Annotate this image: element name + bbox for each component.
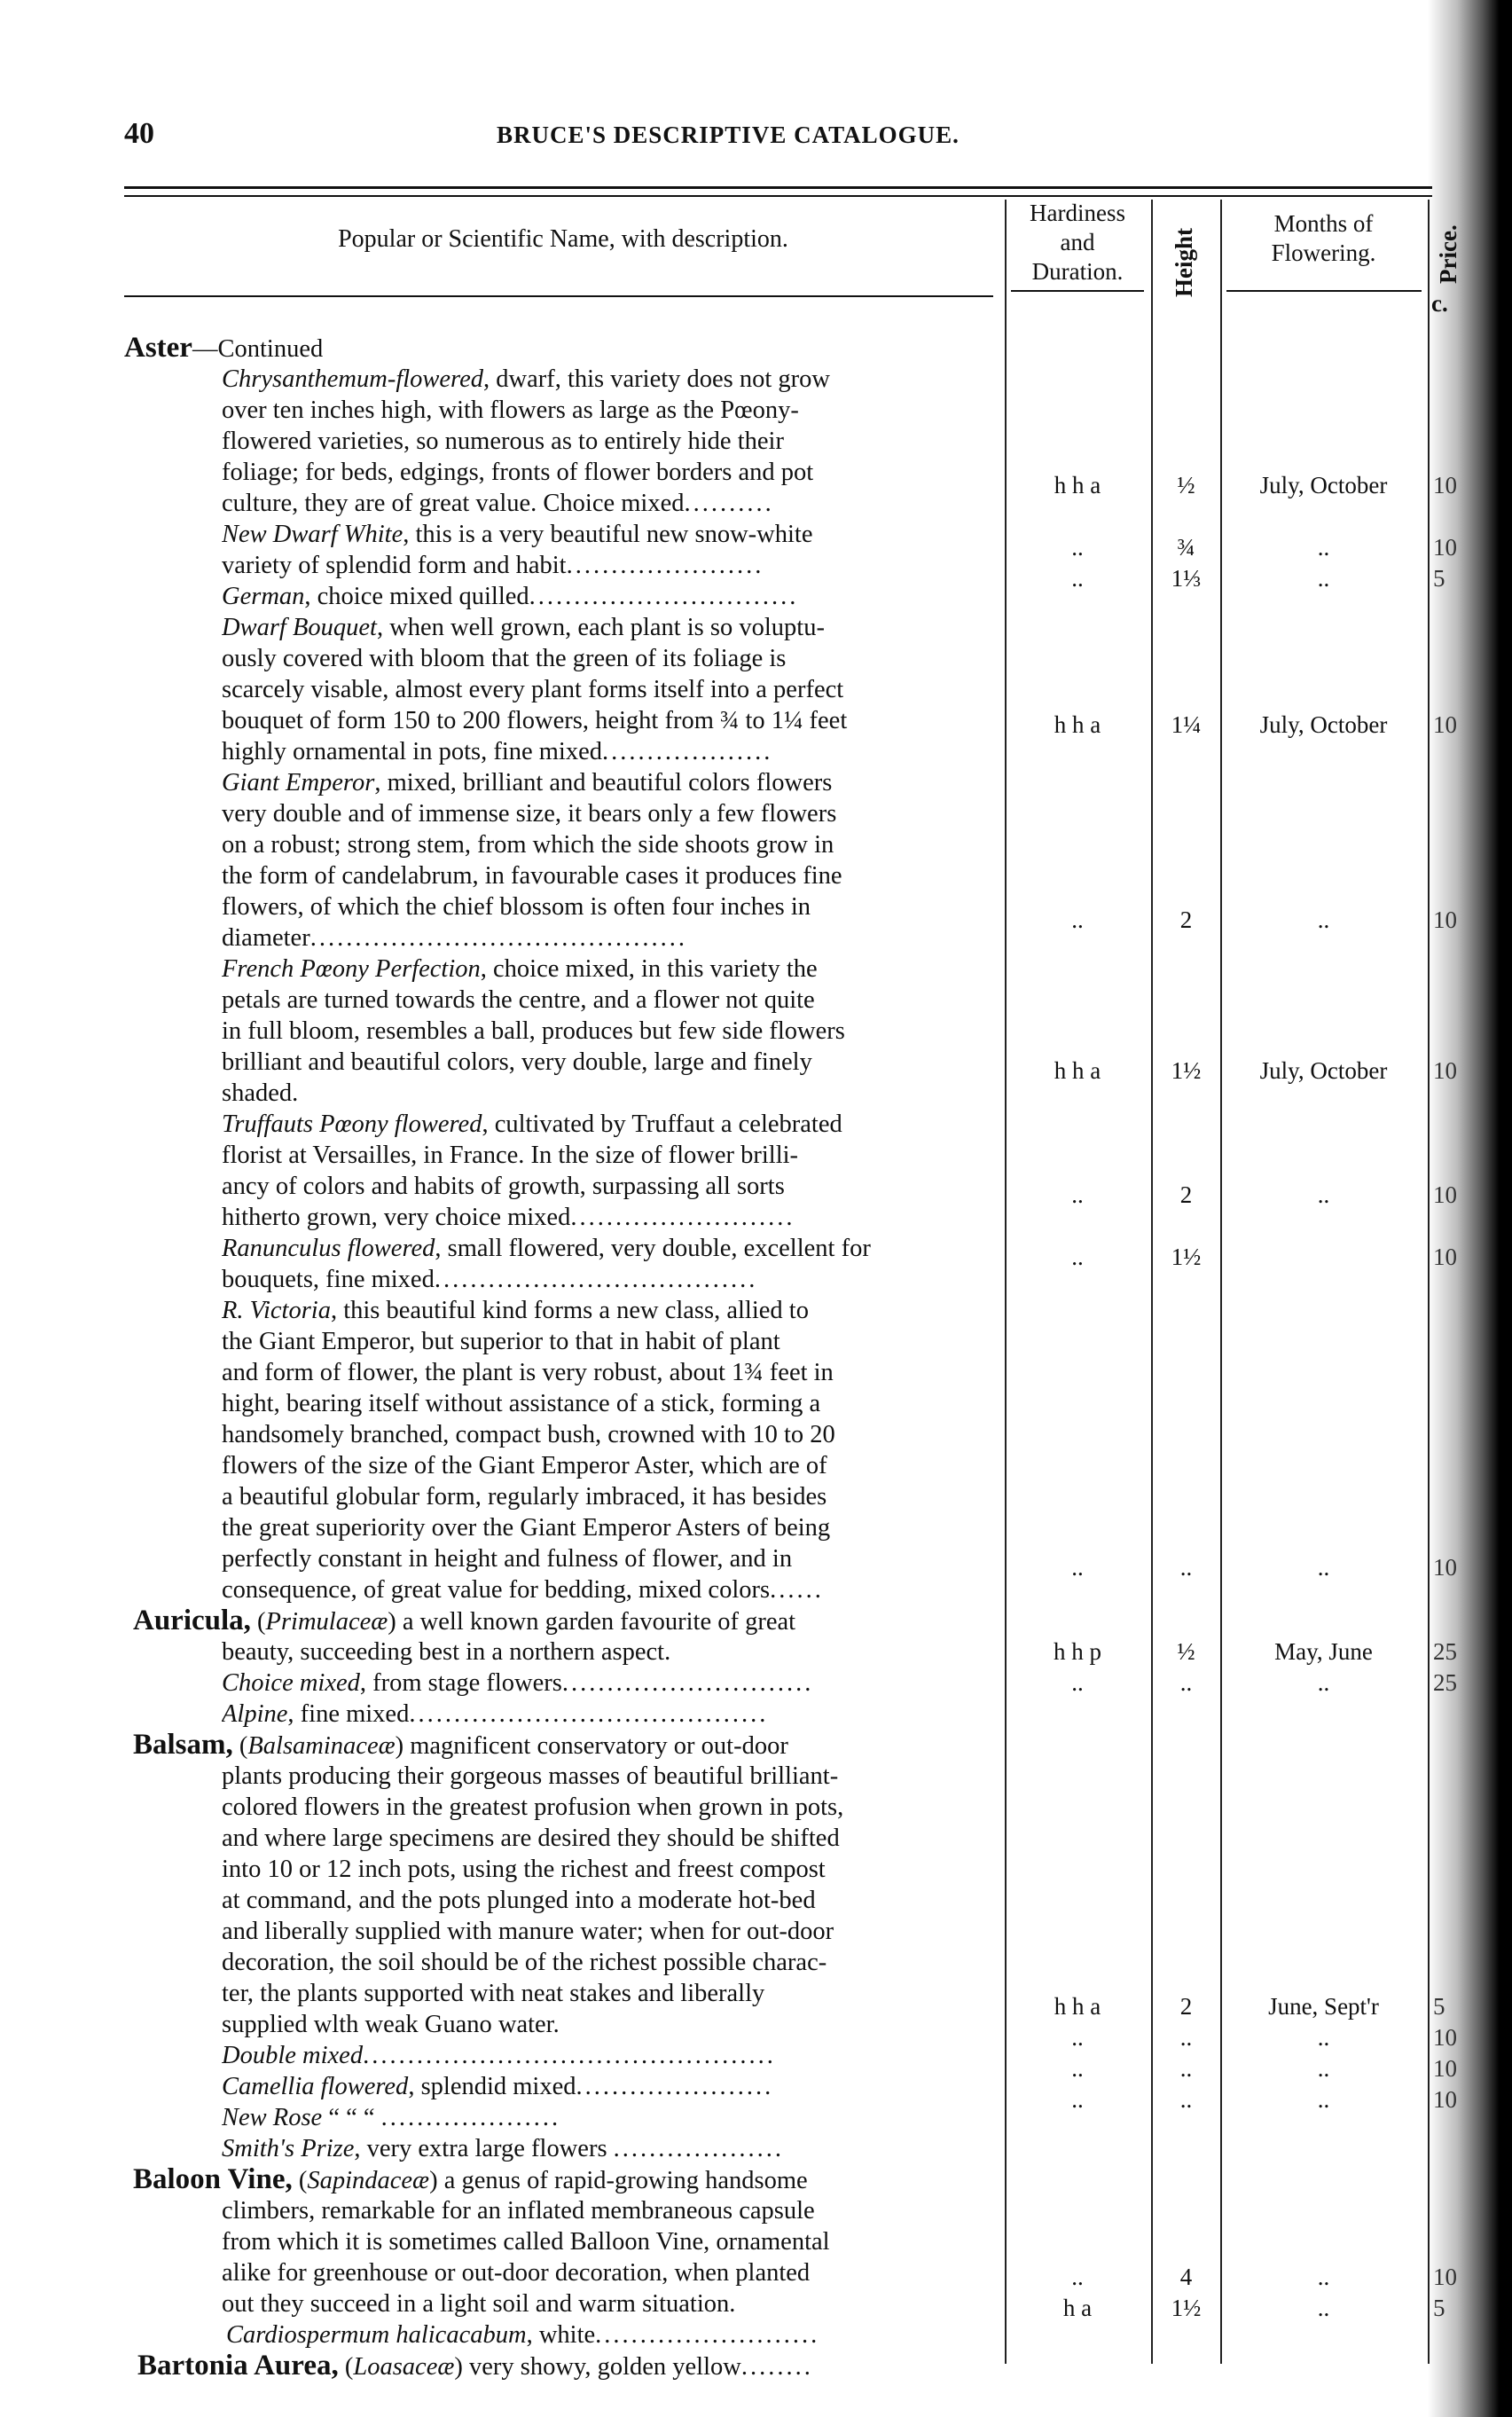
months-cell: .. [1224, 905, 1423, 936]
description-text: florist at Versailles, in France. In the… [222, 1142, 798, 1169]
variety-name: Double mixed [222, 2042, 363, 2069]
header-price-unit: c. [1431, 289, 1458, 318]
description-text: ( [339, 2353, 354, 2381]
header-price-column: Price. [1435, 224, 1462, 284]
description-text: flowers of the size of the Giant Emperor… [222, 1452, 827, 1479]
description-text: on a robust; strong stem, from which the… [222, 831, 834, 859]
column-divider-4 [1428, 200, 1430, 2364]
top-rule-thin [124, 195, 1432, 197]
genus-name: Auricula, [133, 1605, 251, 1636]
description-text: highly ornamental in pots, fine mixed [222, 738, 602, 765]
height-cell: .. [1153, 2053, 1219, 2084]
height-cell: ½ [1153, 1636, 1219, 1668]
description-text: , white [527, 2321, 596, 2349]
variety-name: Truffauts Pœony flowered [222, 1110, 482, 1138]
price-cell: 25 [1433, 1636, 1457, 1668]
variety-name: Sapindaceæ [307, 2167, 429, 2194]
leader-dots: ...... [770, 1576, 824, 1604]
description-text: , when well grown, each plant is so volu… [377, 614, 825, 641]
text-line: Double mixed............................… [222, 2040, 1000, 2071]
hardiness-cell: .. [1011, 532, 1144, 563]
text-line: Giant Emperor, mixed, brilliant and beau… [222, 767, 1000, 798]
variety-name: Loasaceæ [353, 2353, 454, 2381]
hardiness-cell: .. [1011, 2053, 1144, 2084]
text-line: very double and of immense size, it bear… [222, 798, 1000, 829]
leader-dots: ................... [602, 738, 772, 765]
height-cell: 4 [1153, 2262, 1219, 2293]
description-text: culture, they are of great value. Choice… [222, 490, 685, 517]
description-text: diameter [222, 924, 310, 952]
description-text: at command, and the pots plunged into a … [222, 1887, 816, 1914]
description-text: , choice mixed, in this variety the [481, 955, 818, 983]
description-text: and where large specimens are desired th… [222, 1825, 840, 1852]
leader-dots: ........ [741, 2353, 813, 2381]
description-text: handsomely branched, compact bush, crown… [222, 1421, 835, 1448]
description-text: brilliant and beautiful colors, very dou… [222, 1048, 812, 1076]
description-text: foliage; for beds, edgings, fronts of fl… [222, 459, 813, 486]
text-line: foliage; for beds, edgings, fronts of fl… [222, 457, 1000, 488]
text-line: New Dwarf White, this is a very beautifu… [222, 519, 1000, 550]
price-cell: 10 [1433, 1055, 1457, 1087]
description-text: and form of flower, the plant is very ro… [222, 1359, 834, 1386]
description-text: , choice mixed quilled [304, 583, 529, 610]
months-cell: .. [1224, 1552, 1423, 1583]
description-text: , fine mixed [287, 1700, 409, 1728]
price-cell: 10 [1433, 1180, 1457, 1211]
text-line: Aster—Continued [124, 333, 1000, 365]
text-line: petals are turned towards the centre, an… [222, 985, 1000, 1016]
description-text: ( [293, 2167, 308, 2194]
text-line: plants producing their gorgeous masses o… [222, 1761, 1000, 1792]
months-cell: July, October [1224, 1055, 1423, 1087]
hardiness-cell: .. [1011, 2022, 1144, 2053]
description-text: , from stage flowers [360, 1669, 562, 1697]
text-line: alike for greenhouse or out-door decorat… [222, 2257, 1000, 2288]
months-cell: .. [1224, 2293, 1423, 2324]
months-cell: June, Sept'r [1224, 1991, 1423, 2022]
text-line: flowers of the size of the Giant Emperor… [222, 1450, 1000, 1481]
hardiness-cell: h h p [1011, 1636, 1144, 1668]
description-text: , splendid mixed [408, 2073, 576, 2100]
variety-name: Primulaceæ [266, 1608, 388, 1636]
text-line: Choice mixed, from stage flowers........… [222, 1668, 1000, 1699]
variety-name: French Pœony Perfection [222, 955, 481, 983]
description-text: shaded. [222, 1079, 298, 1107]
text-line: ter, the plants supported with neat stak… [222, 1978, 1000, 2009]
variety-name: Ranunculus flowered [222, 1235, 435, 1262]
months-cell: July, October [1224, 710, 1423, 741]
description-text: in full bloom, resembles a ball, produce… [222, 1017, 845, 1045]
description-text: ancy of colors and habits of growth, sur… [222, 1173, 785, 1200]
text-line: flowered varieties, so numerous as to en… [222, 426, 1000, 457]
leader-dots: .............................. [529, 583, 799, 610]
variety-name: Chrysanthemum-flowered [222, 365, 483, 393]
genus-name: Aster [124, 333, 192, 364]
top-rule-thick [124, 186, 1432, 189]
variety-name: Dwarf Bouquet [222, 614, 377, 641]
text-line: supplied wlth weak Guano water. [222, 2009, 1000, 2040]
description-text: decoration, the soil should be of the ri… [222, 1949, 827, 1976]
months-cell: .. [1224, 563, 1423, 594]
price-cell: 5 [1433, 1991, 1445, 2022]
description-text: flowers, of which the chief blossom is o… [222, 893, 811, 921]
height-cell: 2 [1153, 1991, 1219, 2022]
variety-name: New Dwarf White [222, 521, 403, 548]
text-line: Chrysanthemum-flowered, dwarf, this vari… [222, 364, 1000, 395]
leader-dots: ........................................ [409, 1700, 768, 1728]
description-text: very double and of immense size, it bear… [222, 800, 836, 828]
text-line: Truffauts Pœony flowered, cultivated by … [222, 1109, 1000, 1140]
text-line: Auricula, (Primulaceæ) a well known gard… [133, 1605, 1000, 1637]
months-cell: .. [1224, 2053, 1423, 2084]
text-line: Bartonia Aurea, (Loasaceæ) very showy, g… [137, 2350, 1000, 2382]
header-name-column: Popular or Scientific Name, with descrip… [124, 224, 1002, 254]
header-hardiness-line1: Hardiness [1007, 199, 1148, 228]
text-line: climbers, remarkable for an inflated mem… [222, 2195, 1000, 2226]
description-text: , dwarf, this variety does not grow [483, 365, 830, 393]
price-cell: 10 [1433, 2053, 1457, 2084]
description-text: flowered varieties, so numerous as to en… [222, 428, 784, 455]
text-line: variety of splendid form and habit......… [222, 550, 1000, 581]
height-cell: ½ [1153, 470, 1219, 501]
variety-name: Choice mixed [222, 1669, 360, 1697]
text-line: ously covered with bloom that the green … [222, 643, 1000, 674]
description-text: supplied wlth weak Guano water. [222, 2011, 560, 2038]
hardiness-cell: h h a [1011, 1991, 1144, 2022]
text-line: diameter................................… [222, 922, 1000, 953]
months-cell: .. [1224, 2262, 1423, 2293]
description-text: consequence, of great value for bedding,… [222, 1576, 770, 1604]
description-text: into 10 or 12 inch pots, using the riche… [222, 1856, 826, 1883]
height-cell: 2 [1153, 905, 1219, 936]
price-cell: 10 [1433, 532, 1457, 563]
description-text: —Continued [192, 335, 323, 363]
height-cell: 1½ [1153, 1055, 1219, 1087]
hardiness-cell: .. [1011, 1552, 1144, 1583]
text-line: New Rose “ “ “ .................... [222, 2102, 1000, 2133]
description-text: the form of candelabrum, in favourable c… [222, 862, 842, 890]
text-line: Balsam, (Balsaminaceæ) magnificent conse… [133, 1730, 1000, 1762]
variety-name: Alpine [222, 1700, 287, 1728]
description-text: ) a well known garden favourite of great [388, 1608, 795, 1636]
description-text: ( [251, 1608, 266, 1636]
description-text: the Giant Emperor, but superior to that … [222, 1328, 780, 1355]
text-line: French Pœony Perfection, choice mixed, i… [222, 953, 1000, 985]
height-cell: .. [1153, 2084, 1219, 2115]
description-text: and liberally supplied with manure water… [222, 1918, 834, 1945]
text-line: in full bloom, resembles a ball, produce… [222, 1016, 1000, 1047]
description-text: bouquet of form 150 to 200 flowers, heig… [222, 707, 847, 734]
price-cell: 25 [1433, 1668, 1457, 1699]
price-cell: 10 [1433, 905, 1457, 936]
description-text: colored flowers in the greatest profusio… [222, 1793, 843, 1821]
header-underline-months [1226, 290, 1422, 292]
text-line: consequence, of great value for bedding,… [222, 1574, 1000, 1605]
genus-name: Balsam, [133, 1730, 233, 1761]
column-divider-3 [1220, 200, 1222, 2364]
price-cell: 10 [1433, 1242, 1457, 1273]
text-line: the great superiority over the Giant Emp… [222, 1512, 1000, 1543]
page-number: 40 [124, 117, 154, 151]
price-cell: 5 [1433, 2293, 1445, 2324]
text-line: on a robust; strong stem, from which the… [222, 829, 1000, 860]
height-cell: ¾ [1153, 532, 1219, 563]
text-line: scarcely visable, almost every plant for… [222, 674, 1000, 705]
text-line: and form of flower, the plant is very ro… [222, 1357, 1000, 1388]
text-line: the form of candelabrum, in favourable c… [222, 860, 1000, 891]
header-underline-hardiness [1011, 290, 1144, 292]
description-text: , small flowered, very double, excellent… [435, 1235, 870, 1262]
header-months-line1: Months of [1224, 209, 1423, 239]
text-line: culture, they are of great value. Choice… [222, 488, 1000, 519]
height-cell: 1½ [1153, 1242, 1219, 1273]
months-cell: .. [1224, 1668, 1423, 1699]
text-line: R. Victoria, this beautiful kind forms a… [222, 1295, 1000, 1326]
hardiness-cell: .. [1011, 1668, 1144, 1699]
months-cell: .. [1224, 2022, 1423, 2053]
text-line: German, choice mixed quilled............… [222, 581, 1000, 612]
text-line: perfectly constant in height and fulness… [222, 1543, 1000, 1574]
header-hardiness-column: Hardiness and Duration. [1007, 199, 1148, 286]
leader-dots: .................................... [435, 1266, 758, 1293]
description-text: , mixed, brilliant and beautiful colors … [374, 769, 832, 797]
header-height-column: Height [1171, 228, 1198, 297]
price-cell: 10 [1433, 710, 1457, 741]
header-underline-name [124, 295, 993, 297]
description-text: petals are turned towards the centre, an… [222, 986, 815, 1014]
text-line: Smith's Prize, very extra large flowers … [222, 2133, 1000, 2164]
description-text: a beautiful globular form, regularly imb… [222, 1483, 827, 1511]
text-line: bouquet of form 150 to 200 flowers, heig… [222, 705, 1000, 736]
hardiness-cell: .. [1011, 2262, 1144, 2293]
hardiness-cell: .. [1011, 1242, 1144, 1273]
leader-dots: ........................................… [310, 924, 687, 952]
text-line: into 10 or 12 inch pots, using the riche… [222, 1854, 1000, 1885]
height-cell: 1½ [1153, 2293, 1219, 2324]
text-line: highly ornamental in pots, fine mixed...… [222, 736, 1000, 767]
text-line: brilliant and beautiful colors, very dou… [222, 1047, 1000, 1078]
hardiness-cell: .. [1011, 563, 1144, 594]
variety-name: Camellia flowered [222, 2073, 408, 2100]
text-line: Dwarf Bouquet, when well grown, each pla… [222, 612, 1000, 643]
price-cell: 10 [1433, 2084, 1457, 2115]
text-line: Ranunculus flowered, small flowered, ver… [222, 1233, 1000, 1264]
description-text: ) very showy, golden yellow [454, 2353, 740, 2381]
description-text: , cultivated by Truffaut a celebrated [482, 1110, 842, 1138]
text-line: beauty, succeeding best in a northern as… [222, 1636, 1000, 1668]
text-line: and liberally supplied with manure water… [222, 1916, 1000, 1947]
price-cell: 10 [1433, 1552, 1457, 1583]
description-text: climbers, remarkable for an inflated mem… [222, 2197, 815, 2225]
text-line: bouquets, fine mixed....................… [222, 1264, 1000, 1295]
description-text: over ten inches high, with flowers as la… [222, 396, 799, 424]
description-text: scarcely visable, almost every plant for… [222, 676, 843, 703]
description-text: ) magnificent conservatory or out-door [396, 1732, 788, 1760]
description-text: “ “ “ [322, 2104, 380, 2131]
leader-dots: ...................... [567, 552, 764, 579]
genus-name: Bartonia Aurea, [137, 2350, 339, 2382]
variety-name: Giant Emperor [222, 769, 374, 797]
leader-dots: ............................ [562, 1669, 814, 1697]
leader-dots: .................... [381, 2104, 561, 2131]
text-line: Cardiospermum halicacabum, white........… [226, 2319, 1000, 2350]
height-cell: .. [1153, 2022, 1219, 2053]
text-line: Baloon Vine, (Sapindaceæ) a genus of rap… [133, 2164, 1000, 2196]
header-hardiness-line3: Duration. [1007, 257, 1148, 286]
text-line: handsomely branched, compact bush, crown… [222, 1419, 1000, 1450]
text-line: the Giant Emperor, but superior to that … [222, 1326, 1000, 1357]
height-cell: 2 [1153, 1180, 1219, 1211]
description-text: hitherto grown, very choice mixed [222, 1204, 570, 1231]
header-months-column: Months of Flowering. [1224, 209, 1423, 268]
text-line: and where large specimens are desired th… [222, 1823, 1000, 1854]
text-line: at command, and the pots plunged into a … [222, 1885, 1000, 1916]
hardiness-cell: h h a [1011, 470, 1144, 501]
description-text: , very extra large flowers [354, 2135, 613, 2162]
hardiness-cell: .. [1011, 2084, 1144, 2115]
variety-name: German [222, 583, 304, 610]
description-text: bouquets, fine mixed [222, 1266, 435, 1293]
text-line: shaded. [222, 1078, 1000, 1109]
months-cell: .. [1224, 2084, 1423, 2115]
description-text: , this is a very beautiful new snow-whit… [403, 521, 812, 548]
height-cell: .. [1153, 1552, 1219, 1583]
description-text: hight, bearing itself without assistance… [222, 1390, 820, 1417]
text-line: ancy of colors and habits of growth, sur… [222, 1171, 1000, 1202]
description-text: ter, the plants supported with neat stak… [222, 1980, 764, 2007]
leader-dots: ......................... [595, 2321, 819, 2349]
height-cell: 1¼ [1153, 710, 1219, 741]
text-line: hight, bearing itself without assistance… [222, 1388, 1000, 1419]
leader-dots: ...................... [576, 2073, 774, 2100]
hardiness-cell: h h a [1011, 1055, 1144, 1087]
description-text: alike for greenhouse or out-door decorat… [222, 2259, 810, 2287]
leader-dots: .......... [685, 490, 774, 517]
price-cell: 10 [1433, 470, 1457, 501]
text-line: from which it is sometimes called Balloo… [222, 2226, 1000, 2257]
running-head: BRUCE'S DESCRIPTIVE CATALOGUE. [497, 122, 960, 149]
variety-name: Smith's Prize [222, 2135, 354, 2162]
column-divider-1 [1005, 200, 1007, 2364]
text-line: over ten inches high, with flowers as la… [222, 395, 1000, 426]
text-line: out they succeed in a light soil and war… [222, 2288, 1000, 2319]
price-cell: 10 [1433, 2262, 1457, 2293]
height-cell: .. [1153, 1668, 1219, 1699]
description-text: plants producing their gorgeous masses o… [222, 1762, 838, 1790]
months-cell: July, October [1224, 470, 1423, 501]
description-text: out they succeed in a light soil and war… [222, 2290, 735, 2318]
genus-name: Baloon Vine, [133, 2164, 293, 2195]
description-text: ) a genus of rapid-growing handsome [429, 2167, 808, 2194]
hardiness-cell: .. [1011, 1180, 1144, 1211]
height-cell: 1⅓ [1153, 563, 1219, 594]
description-text: the great superiority over the Giant Emp… [222, 1514, 830, 1542]
price-cell: 10 [1433, 2022, 1457, 2053]
text-line: colored flowers in the greatest profusio… [222, 1792, 1000, 1823]
description-text: ously covered with bloom that the green … [222, 645, 786, 672]
description-text: , this beautiful kind forms a new class,… [331, 1297, 809, 1324]
leader-dots: ........................................… [363, 2042, 776, 2069]
header-hardiness-line2: and [1007, 228, 1148, 257]
leader-dots: ......................... [570, 1204, 795, 1231]
variety-name: R. Victoria [222, 1297, 331, 1324]
text-line: Camellia flowered, splendid mixed.......… [222, 2071, 1000, 2102]
description-text: ( [233, 1732, 248, 1760]
description-text: variety of splendid form and habit [222, 552, 567, 579]
variety-name: Cardiospermum halicacabum [226, 2321, 527, 2349]
hardiness-cell: h a [1011, 2293, 1144, 2324]
variety-name: Balsaminaceæ [247, 1732, 395, 1760]
hardiness-cell: .. [1011, 905, 1144, 936]
header-months-line2: Flowering. [1224, 239, 1423, 268]
text-line: hitherto grown, very choice mixed.......… [222, 1202, 1000, 1233]
months-cell: .. [1224, 1180, 1423, 1211]
text-line: decoration, the soil should be of the ri… [222, 1947, 1000, 1978]
hardiness-cell: h h a [1011, 710, 1144, 741]
months-cell: May, June [1224, 1636, 1423, 1668]
text-line: flowers, of which the chief blossom is o… [222, 891, 1000, 922]
months-cell: .. [1224, 532, 1423, 563]
text-line: florist at Versailles, in France. In the… [222, 1140, 1000, 1171]
text-line: a beautiful globular form, regularly imb… [222, 1481, 1000, 1512]
text-line: Alpine, fine mixed......................… [222, 1699, 1000, 1730]
description-text: from which it is sometimes called Balloo… [222, 2228, 830, 2256]
description-text: beauty, succeeding best in a northern as… [222, 1638, 670, 1666]
description-text: perfectly constant in height and fulness… [222, 1545, 792, 1573]
leader-dots: ................... [614, 2135, 784, 2162]
price-cell: 5 [1433, 563, 1445, 594]
variety-name: New Rose [222, 2104, 322, 2131]
